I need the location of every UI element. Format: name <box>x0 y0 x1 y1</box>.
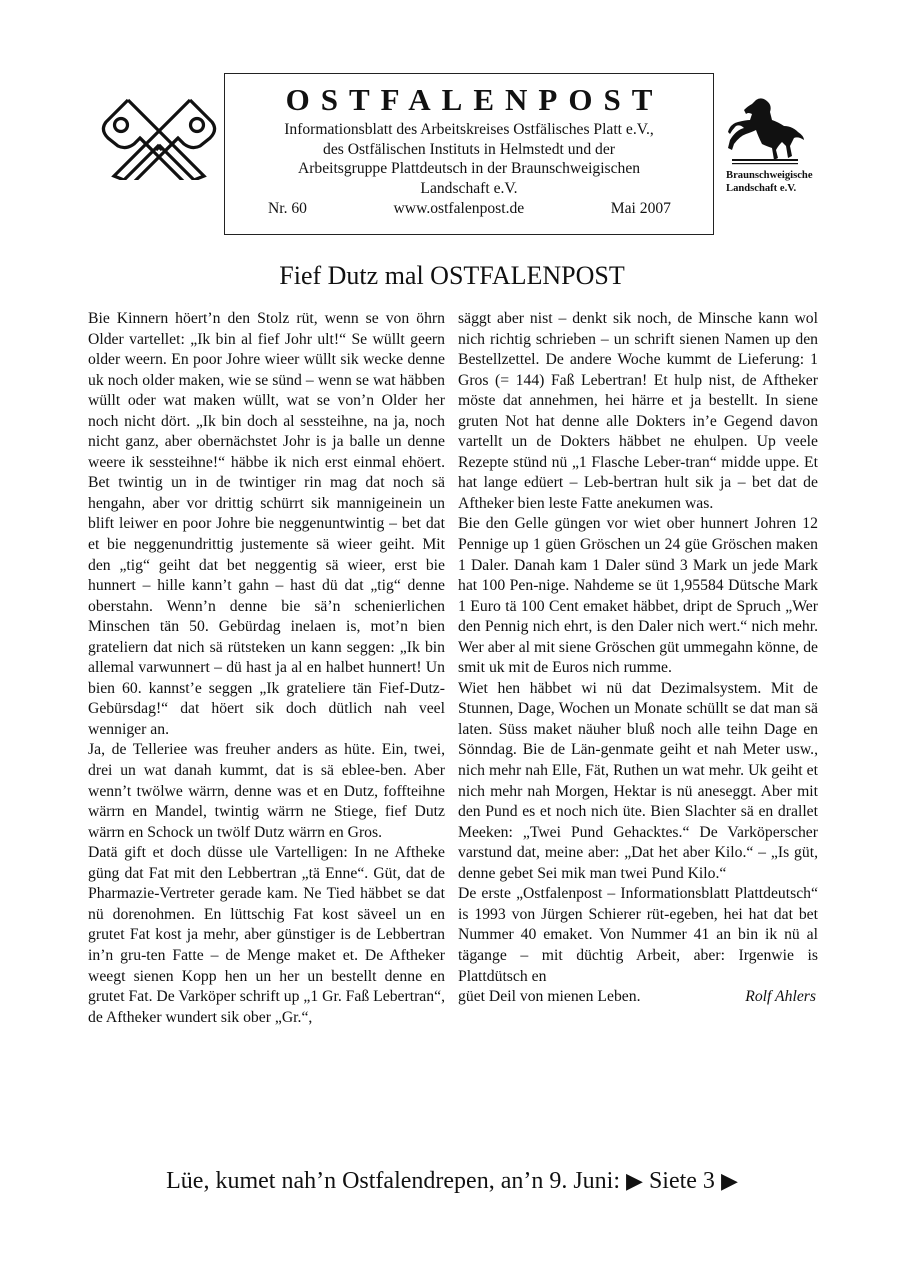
masthead-meta: Nr. 60 www.ostfalenpost.de Mai 2007 <box>225 199 713 219</box>
issue-date: Mai 2007 <box>611 199 671 219</box>
closing-text: güet Deil von mienen Leben. <box>458 987 641 1008</box>
paragraph: Datä gift et doch düsse ule Vartelligen:… <box>88 843 445 1028</box>
paragraph: Wiet hen häbbet wi nü dat Dezimalsystem.… <box>458 679 818 884</box>
crossed-keys-logo-icon <box>98 98 220 180</box>
issue-number: Nr. 60 <box>268 199 307 219</box>
paragraph: Bie den Gelle güngen vor wiet ober hunne… <box>458 514 818 678</box>
arrow-right-icon: ▶ <box>721 1168 738 1193</box>
paragraph: Bie Kinnern höert’n den Stolz rüt, wenn … <box>88 309 445 740</box>
masthead-box: OSTFALENPOST Informationsblatt des Arbei… <box>224 73 714 235</box>
subtitle-line: Informationsblatt des Arbeitskreises Ost… <box>225 120 713 140</box>
footer-text: Lüe, kumet nah’n Ostfalendrepen, an’n 9.… <box>166 1168 620 1194</box>
subtitle-line: Landschaft e.V. <box>225 179 713 199</box>
paragraph: säggt aber nist – denkt sik noch, de Min… <box>458 309 818 514</box>
website-link[interactable]: www.ostfalenpost.de <box>394 199 525 219</box>
author-signature: Rolf Ahlers <box>745 987 818 1008</box>
subtitle-line: des Ostfälischen Instituts in Helmstedt … <box>225 140 713 160</box>
article-headline: Fief Dutz mal OSTFALENPOST <box>0 258 904 294</box>
page-reference-link[interactable]: Siete 3 <box>649 1168 715 1194</box>
newsletter-title: OSTFALENPOST <box>225 82 713 118</box>
article-column-right: säggt aber nist – denkt sik noch, de Min… <box>458 309 818 1008</box>
paragraph: De erste „Ostfalenpost – Informationsbla… <box>458 884 818 987</box>
masthead-subtitle: Informationsblatt des Arbeitskreises Ost… <box>225 120 713 198</box>
braunschweigische-landschaft-logo: Braunschweigische Landschaft e.V. <box>726 96 836 211</box>
paragraph: Ja, de Telleriee was freuher anders as h… <box>88 740 445 843</box>
arrow-right-icon: ▶ <box>626 1168 643 1193</box>
signature-line: güet Deil von mienen Leben. Rolf Ahlers <box>458 987 818 1008</box>
subtitle-line: Arbeitsgruppe Plattdeutsch in der Brauns… <box>225 159 713 179</box>
article-column-left: Bie Kinnern höert’n den Stolz rüt, wenn … <box>88 309 445 1028</box>
horse-icon <box>726 96 806 168</box>
logo-caption: Braunschweigische Landschaft e.V. <box>726 170 836 195</box>
footer-teaser: Lüe, kumet nah’n Ostfalendrepen, an’n 9.… <box>0 1164 904 1198</box>
